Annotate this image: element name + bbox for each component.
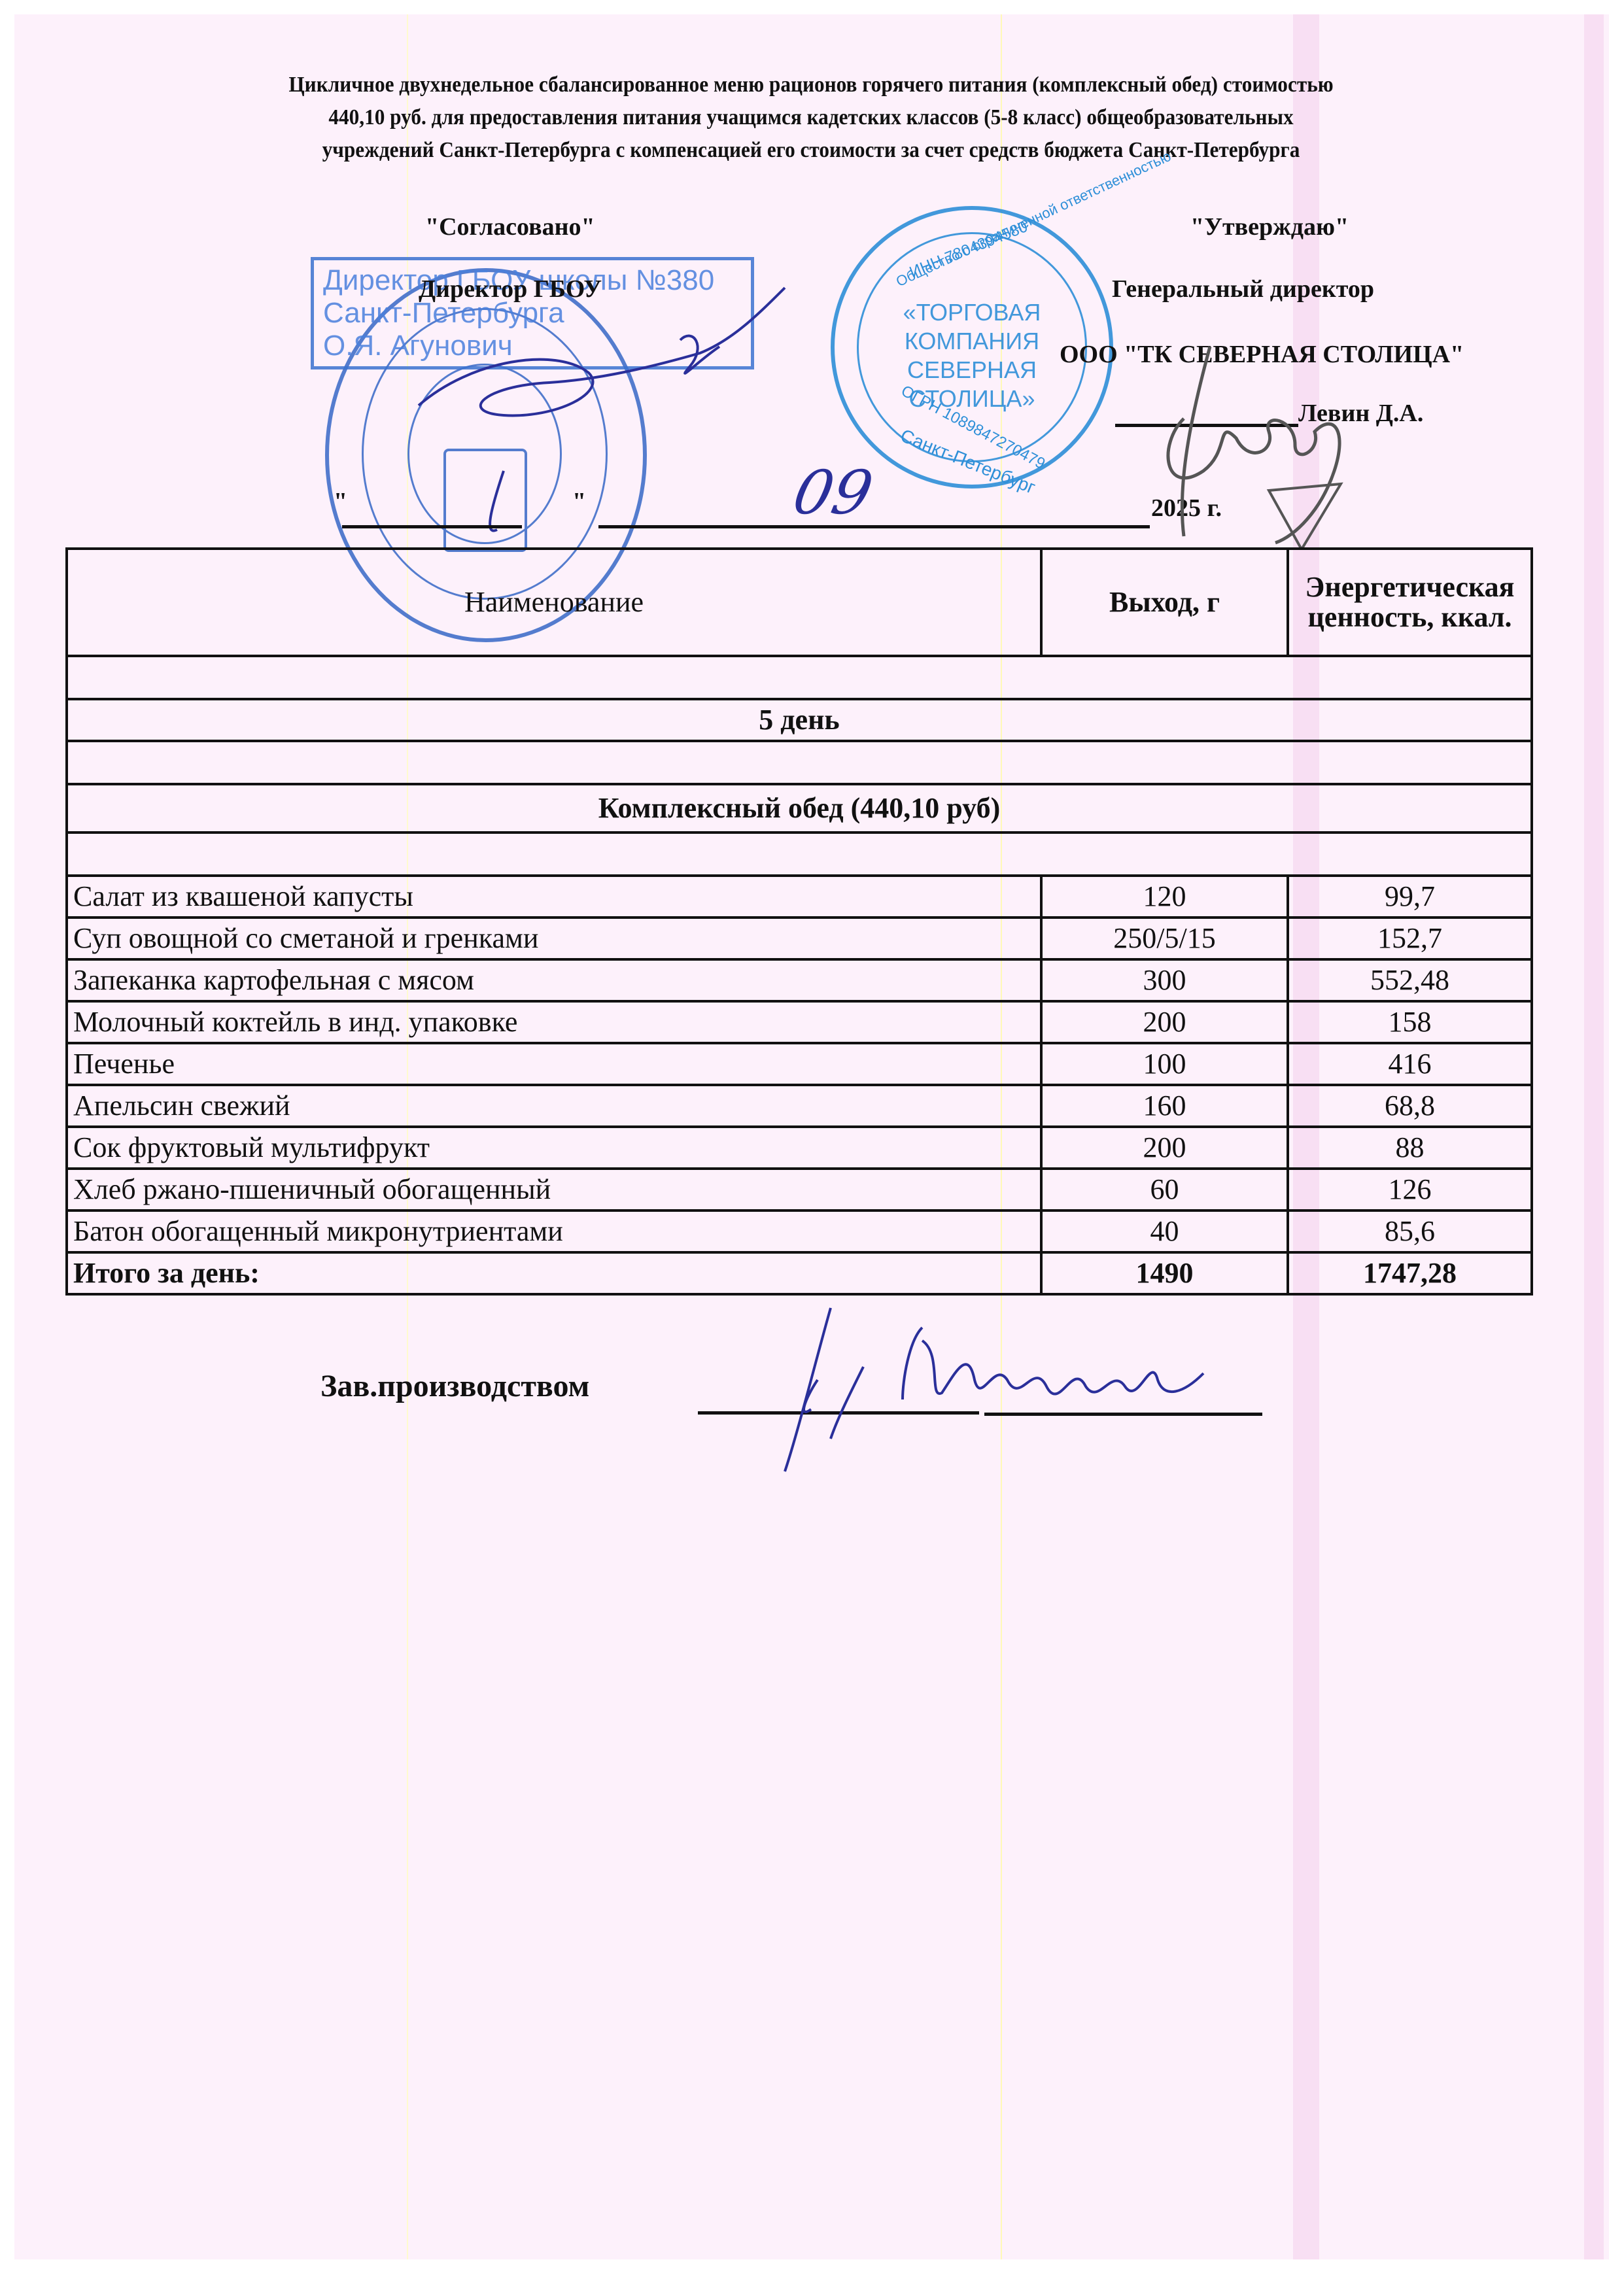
empty-cell <box>67 656 1532 699</box>
dish-yield: 100 <box>1041 1043 1288 1085</box>
table-row: Хлеб ржано-пшеничный обогащенный 60 126 <box>67 1169 1532 1210</box>
table-row: Салат из квашеной капусты 120 99,7 <box>67 876 1532 918</box>
table-header-row: Наименование Выход, г Энергетическая цен… <box>67 549 1532 656</box>
dish-name: Апельсин свежий <box>67 1085 1041 1127</box>
dish-energy: 85,6 <box>1288 1210 1532 1252</box>
day-underline <box>342 525 522 528</box>
dish-energy: 88 <box>1288 1127 1532 1169</box>
dish-yield: 60 <box>1041 1169 1288 1210</box>
day-row: 5 день <box>67 699 1532 741</box>
table-row: Запеканка картофельная с мясом 300 552,4… <box>67 959 1532 1001</box>
spacer-row <box>67 741 1532 784</box>
dish-name: Запеканка картофельная с мясом <box>67 959 1041 1001</box>
table-row: Апельсин свежий 160 68,8 <box>67 1085 1532 1127</box>
document-title: Цикличное двухнедельное сбалансированное… <box>113 69 1509 167</box>
agreed-heading: "Согласовано" <box>425 213 595 241</box>
spacer-row <box>67 656 1532 699</box>
menu-table: Наименование Выход, г Энергетическая цен… <box>65 547 1533 1296</box>
header-yield: Выход, г <box>1041 549 1288 656</box>
dish-energy: 99,7 <box>1288 876 1532 918</box>
dish-name: Молочный коктейль в инд. упаковке <box>67 1001 1041 1043</box>
date-open-quote: " <box>334 487 347 516</box>
stamp-line: «ТОРГОВАЯ <box>835 298 1109 327</box>
total-row: Итого за день: 1490 1747,28 <box>67 1252 1532 1294</box>
table-row: Суп овощной со сметаной и гренками 250/5… <box>67 918 1532 959</box>
approve-position: Генеральный директор <box>1112 275 1374 303</box>
table-row: Печенье 100 416 <box>67 1043 1532 1085</box>
approve-heading: "Утверждаю" <box>1190 213 1349 241</box>
dish-yield: 40 <box>1041 1210 1288 1252</box>
dish-energy: 126 <box>1288 1169 1532 1210</box>
dish-name: Печенье <box>67 1043 1041 1085</box>
dish-energy: 552,48 <box>1288 959 1532 1001</box>
dish-name: Салат из квашеной капусты <box>67 876 1041 918</box>
dish-yield: 200 <box>1041 1001 1288 1043</box>
empty-cell <box>67 741 1532 784</box>
dish-yield: 200 <box>1041 1127 1288 1169</box>
general-director-signature <box>1138 340 1413 549</box>
director-signature <box>392 275 798 536</box>
dish-name: Суп овощной со сметаной и гренками <box>67 918 1041 959</box>
dish-yield: 300 <box>1041 959 1288 1001</box>
total-label: Итого за день: <box>67 1252 1041 1294</box>
table-row: Молочный коктейль в инд. упаковке 200 15… <box>67 1001 1532 1043</box>
scan-streak <box>1584 14 1604 2259</box>
total-yield: 1490 <box>1041 1252 1288 1294</box>
title-line: Цикличное двухнедельное сбалансированное… <box>113 69 1509 101</box>
empty-cell <box>67 833 1532 876</box>
dish-yield: 160 <box>1041 1085 1288 1127</box>
meal-label: Комплексный обед (440,10 руб) <box>67 784 1532 833</box>
dish-yield: 120 <box>1041 876 1288 918</box>
dish-energy: 68,8 <box>1288 1085 1532 1127</box>
title-line: учреждений Санкт-Петербурга с компенсаци… <box>113 134 1509 167</box>
meal-row: Комплексный обед (440,10 руб) <box>67 784 1532 833</box>
title-line: 440,10 руб. для предоставления питания у… <box>113 101 1509 134</box>
table-row: Сок фруктовый мультифрукт 200 88 <box>67 1127 1532 1169</box>
dish-energy: 416 <box>1288 1043 1532 1085</box>
stamp-line: СТОЛИЦА» <box>835 385 1109 413</box>
dish-name: Батон обогащенный микронутриентами <box>67 1210 1041 1252</box>
dish-yield: 250/5/15 <box>1041 918 1288 959</box>
date-close-quote: " <box>572 487 586 516</box>
day-label: 5 день <box>67 699 1532 741</box>
dish-name: Сок фруктовый мультифрукт <box>67 1127 1041 1169</box>
production-head-label: Зав.производством <box>320 1368 589 1404</box>
dish-energy: 158 <box>1288 1001 1532 1043</box>
dish-name: Хлеб ржано-пшеничный обогащенный <box>67 1169 1041 1210</box>
spacer-row <box>67 833 1532 876</box>
production-head-signature <box>746 1301 1400 1498</box>
table-row: Батон обогащенный микронутриентами 40 85… <box>67 1210 1532 1252</box>
total-energy: 1747,28 <box>1288 1252 1532 1294</box>
dish-energy: 152,7 <box>1288 918 1532 959</box>
header-name: Наименование <box>67 549 1041 656</box>
handwritten-month: 09 <box>787 458 879 528</box>
header-energy: Энергетическая ценность, ккал. <box>1288 549 1532 656</box>
month-underline <box>598 525 1150 528</box>
